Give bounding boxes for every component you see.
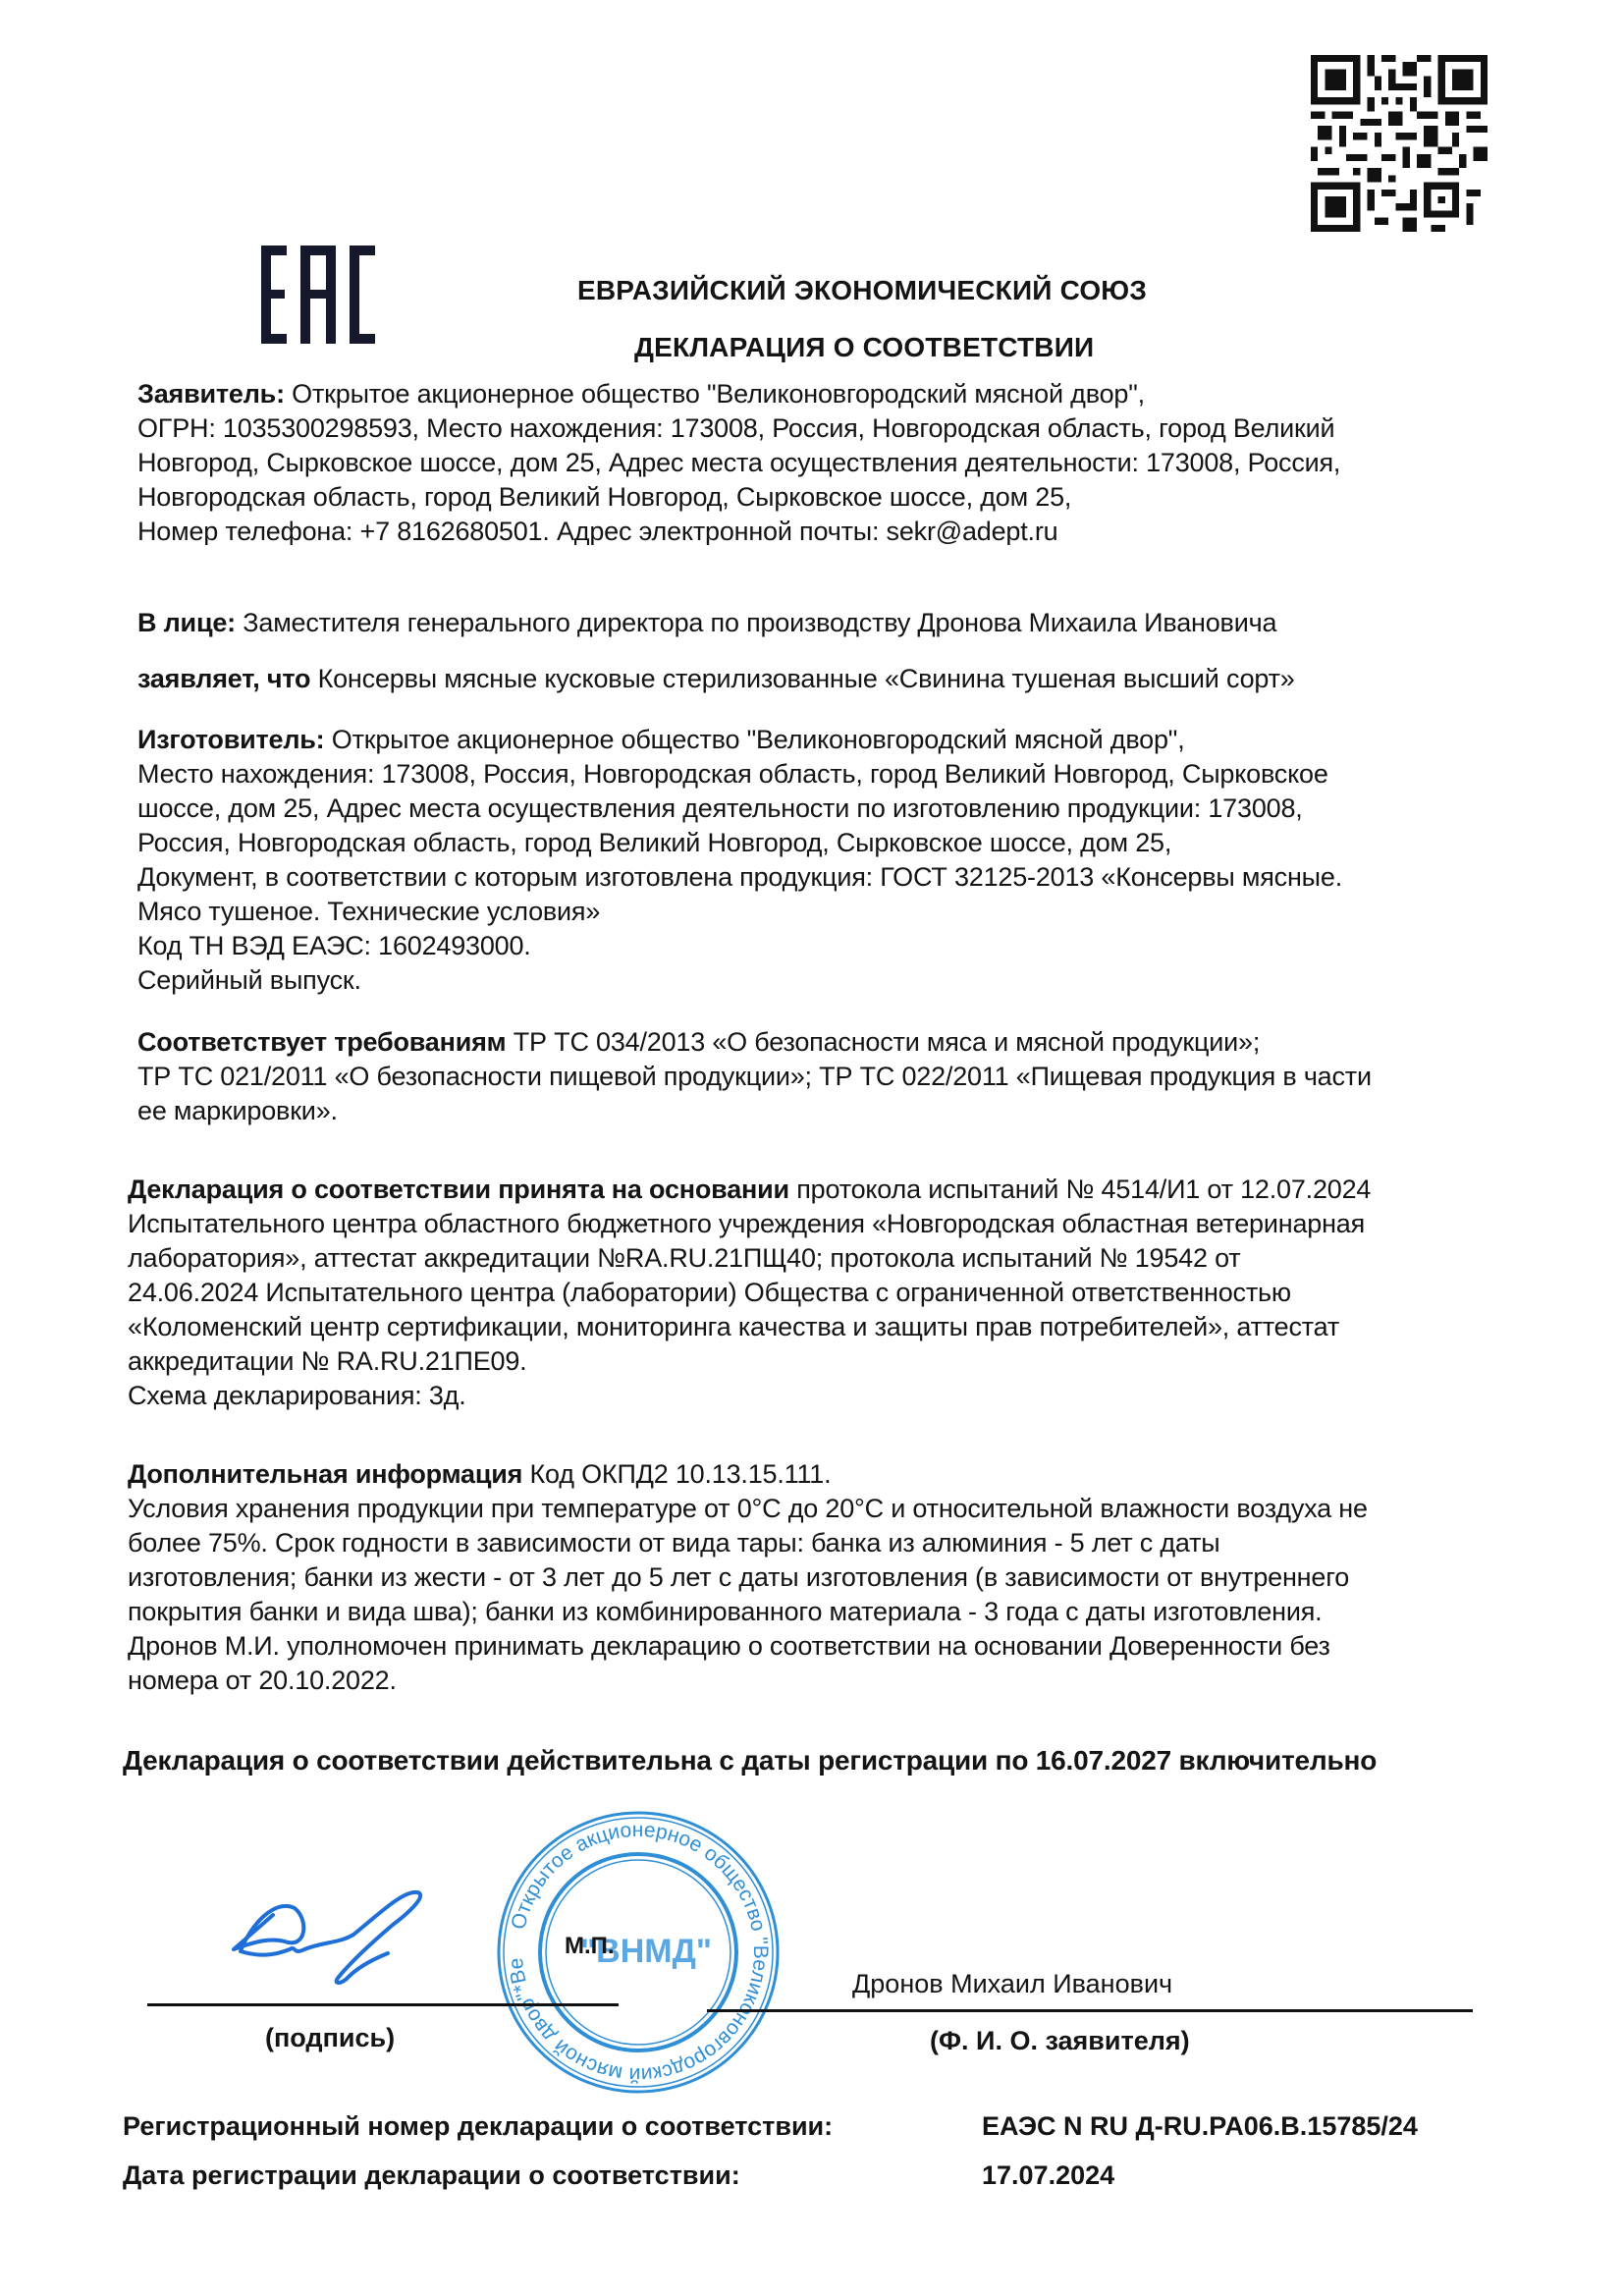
- manufacturer-line-7: Серийный выпуск.: [137, 964, 361, 996]
- signature-icon: [216, 1881, 452, 1989]
- represented-by-line: В лице: Заместителя генерального директо…: [137, 607, 1276, 638]
- applicant-line-0: Заявитель: Открытое акционерное общество…: [137, 378, 1145, 410]
- manufacturer-line-2: шоссе, дом 25, Адрес места осуществления…: [137, 793, 1303, 824]
- additional-line-4: покрытия банки и вида шва); банки из ком…: [128, 1596, 1322, 1627]
- manufacturer-line-4: Документ, в соответствии с которым изгот…: [137, 861, 1342, 893]
- registration-date-label: Дата регистрации декларации о соответств…: [123, 2160, 740, 2191]
- signature-caption: (подпись): [265, 2023, 395, 2053]
- basis-line-2: лаборатория», аттестат аккредитации №RA.…: [128, 1242, 1240, 1274]
- basis-line-3: 24.06.2024 Испытательного центра (лабора…: [128, 1277, 1291, 1308]
- signature-line: [147, 2003, 619, 2006]
- additional-line-6: номера от 20.10.2022.: [128, 1665, 397, 1696]
- additional-label: Дополнительная информация: [128, 1459, 522, 1489]
- validity-statement: Декларация о соответствии действительна …: [123, 1745, 1377, 1777]
- document-title: ДЕКЛАРАЦИЯ О СООТВЕТСТВИИ: [634, 332, 1094, 363]
- manufacturer-line-6: Код ТН ВЭД ЕАЭС: 1602493000.: [137, 930, 531, 961]
- conformity-label: Соответствует требованиям: [137, 1027, 506, 1057]
- signer-name: Дронов Михаил Иванович: [852, 1969, 1172, 1999]
- applicant-line-3: Новгородская область, город Великий Новг…: [137, 481, 1071, 513]
- conformity-line-2: ее маркировки».: [137, 1095, 338, 1126]
- union-title: ЕВРАЗИЙСКИЙ ЭКОНОМИЧЕСКИЙ СОЮЗ: [577, 275, 1147, 306]
- signer-caption: (Ф. И. О. заявителя): [930, 2026, 1190, 2056]
- basis-line-0: Декларация о соответствии принята на осн…: [128, 1174, 1371, 1205]
- eac-logo-icon: [261, 246, 379, 344]
- additional-line-0: Дополнительная информация Код ОКПД2 10.1…: [128, 1458, 831, 1490]
- additional-line-2: более 75%. Срок годности в зависимости о…: [128, 1527, 1219, 1558]
- registration-number-label: Регистрационный номер декларации о соотв…: [123, 2111, 833, 2142]
- manufacturer-label: Изготовитель:: [137, 725, 324, 754]
- qr-code-icon[interactable]: [1311, 51, 1488, 236]
- signer-name-line: [707, 2009, 1473, 2012]
- declares-label: заявляет, что: [137, 664, 310, 693]
- applicant-line-1: ОГРН: 1035300298593, Место нахождения: 1…: [137, 412, 1334, 444]
- conformity-line-0: Соответствует требованиям ТР ТС 034/2013…: [137, 1026, 1260, 1058]
- applicant-line-2: Новгород, Сырковское шоссе, дом 25, Адре…: [137, 447, 1340, 478]
- basis-line-5: аккредитации № RA.RU.21ПЕ09.: [128, 1345, 526, 1377]
- product-name: Консервы мясные кусковые стерилизованные…: [310, 664, 1294, 693]
- additional-line-1: Условия хранения продукции при температу…: [128, 1493, 1368, 1524]
- applicant-line-4: Номер телефона: +7 8162680501. Адрес эле…: [137, 516, 1057, 545]
- registration-number-value: ЕАЭС N RU Д-RU.PA06.B.15785/24: [982, 2111, 1418, 2142]
- applicant-label: Заявитель:: [137, 379, 285, 409]
- conformity-line-1: ТР ТС 021/2011 «О безопасности пищевой п…: [137, 1061, 1372, 1092]
- basis-line-4: «Коломенский центр сертификации, монитор…: [128, 1311, 1339, 1342]
- manufacturer-line-0: Изготовитель: Открытое акционерное общес…: [137, 724, 1185, 755]
- basis-line-1: Испытательного центра областного бюджетн…: [128, 1208, 1365, 1239]
- manufacturer-line-5: Мясо тушеное. Технические условия»: [137, 896, 600, 927]
- basis-label: Декларация о соответствии принята на осн…: [128, 1175, 789, 1204]
- basis-line-6: Схема декларирования: 3д.: [128, 1380, 466, 1411]
- represented-by-label: В лице:: [137, 608, 236, 637]
- additional-line-3: изготовления; банки из жести - от 3 лет …: [128, 1561, 1349, 1593]
- additional-line-5: Дронов М.И. уполномочен принимать деклар…: [128, 1630, 1330, 1662]
- registration-date-value: 17.07.2024: [982, 2160, 1114, 2191]
- manufacturer-line-1: Место нахождения: 173008, Россия, Новгор…: [137, 758, 1328, 790]
- declares-line: заявляет, что Консервы мясные кусковые с…: [137, 663, 1295, 694]
- company-stamp-icon: Открытое акционерное общество "Великонов…: [491, 1805, 785, 2100]
- seal-mark: М.П.: [565, 1933, 615, 1960]
- manufacturer-line-3: Россия, Новгородская область, город Вели…: [137, 827, 1171, 858]
